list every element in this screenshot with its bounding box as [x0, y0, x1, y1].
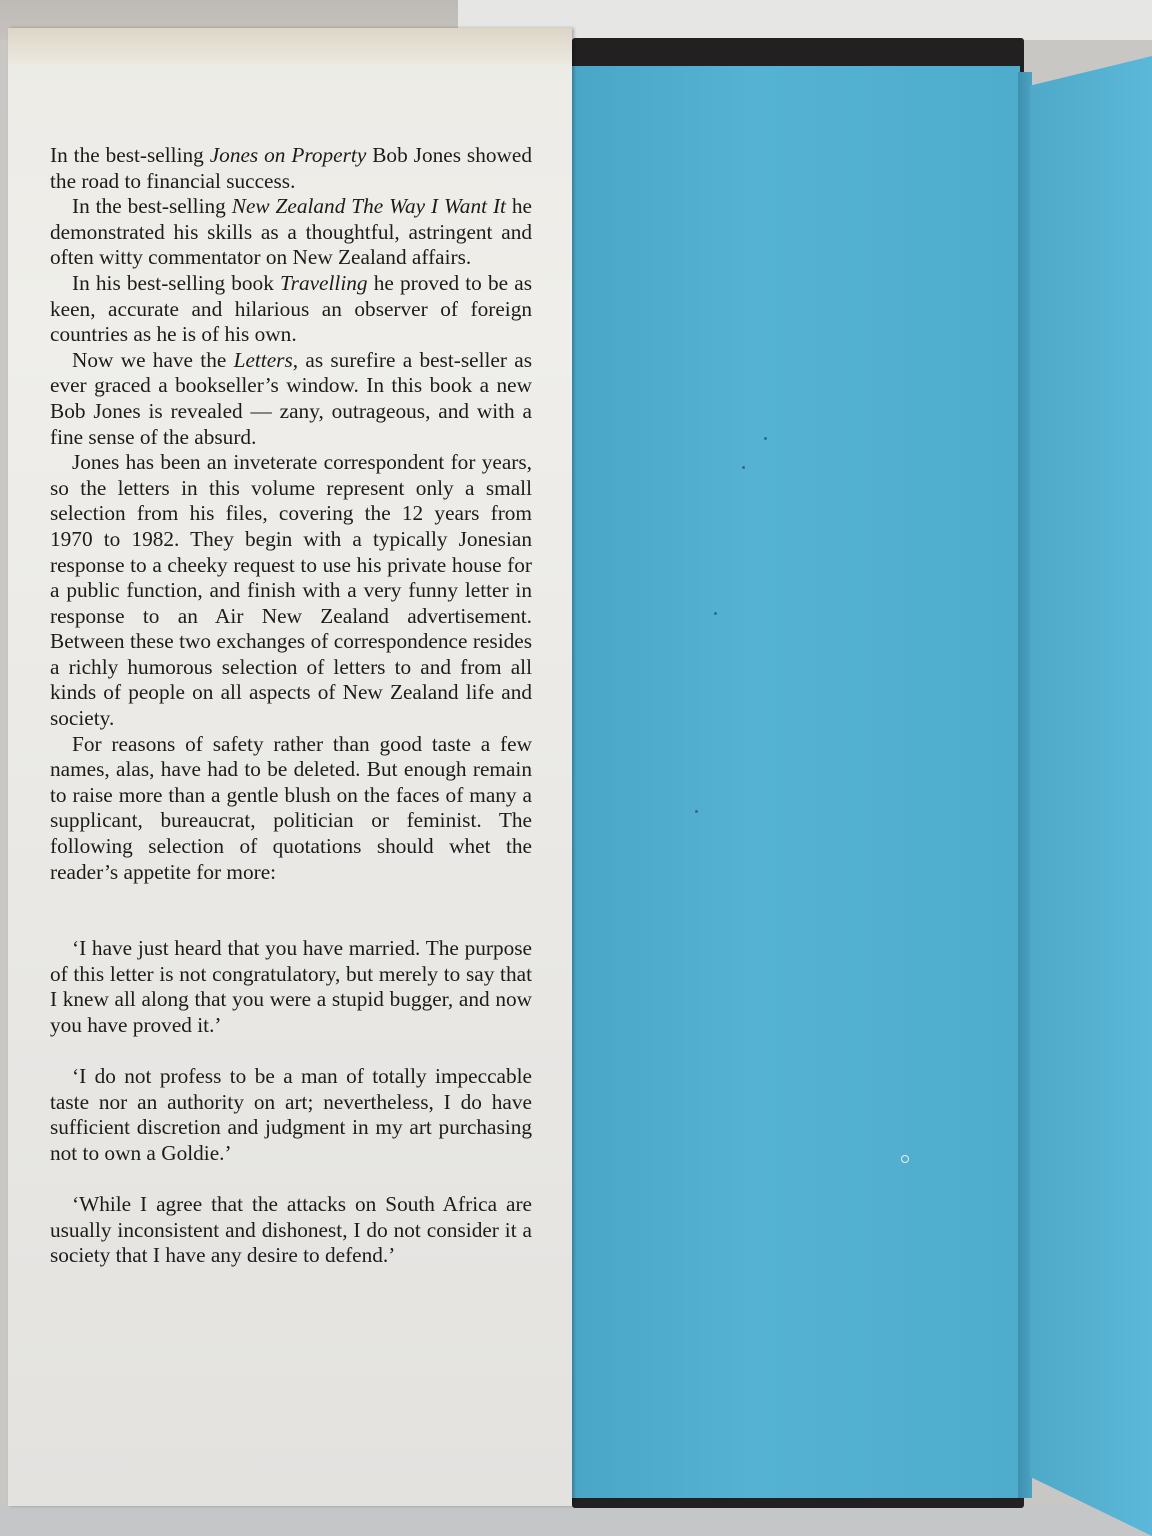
paragraph: In the best-selling Jones on Property Bo…	[50, 143, 532, 194]
speck	[764, 437, 767, 440]
front-endpaper	[572, 66, 1020, 1498]
quotation: ‘I have just heard that you have married…	[50, 936, 532, 1038]
flap-text: In the best-selling Jones on Property Bo…	[50, 143, 532, 1269]
paragraph: Now we have the Letters, as surefire a b…	[50, 348, 532, 450]
speck	[714, 612, 717, 615]
paragraph: Jones has been an inveterate corresponde…	[50, 450, 532, 732]
jacket-flap-wear	[8, 28, 572, 64]
background-surface	[0, 1505, 1152, 1536]
quotation: ‘I do not profess to be a man of totally…	[50, 1064, 532, 1166]
speck	[742, 466, 745, 469]
speck	[695, 810, 698, 813]
paragraph: In his best-selling book Travelling he p…	[50, 271, 532, 348]
facing-endpaper	[1030, 56, 1152, 1536]
speck	[901, 1155, 909, 1163]
paragraph: For reasons of safety rather than good t…	[50, 732, 532, 886]
paragraph: In the best-selling New Zealand The Way …	[50, 194, 532, 271]
quotation: ‘While I agree that the attacks on South…	[50, 1192, 532, 1269]
book-gutter	[1018, 72, 1032, 1498]
